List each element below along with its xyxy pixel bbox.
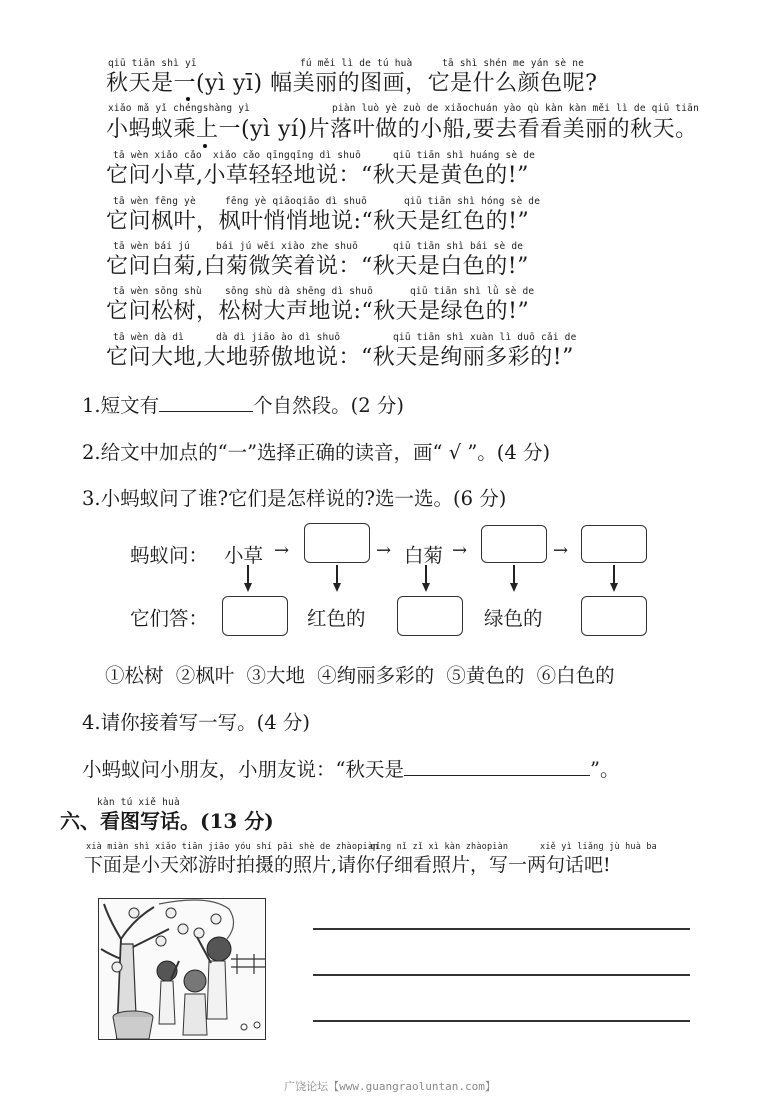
emphasis-dot — [203, 144, 207, 148]
arrow-down-head — [422, 583, 430, 592]
question-1: 1.短文有个自然段。(2 分) — [82, 390, 404, 418]
section-6-title: 六、看图写话。(13 分) — [60, 805, 274, 834]
question-4: 4.请你接着写一写。(4 分) — [82, 707, 310, 735]
question-4-line: 小蚂蚁问小朋友，小朋友说：“秋天是”。 — [82, 754, 619, 782]
question-4-suffix: ”。 — [590, 758, 619, 781]
section-6-instruction: 下面是小天郊游时拍摄的照片,请你仔细看照片，写一两句话吧! — [84, 850, 611, 877]
answer-box-ask-5[interactable] — [581, 525, 647, 563]
arrow-down-icon — [336, 565, 338, 585]
option-1: ①松树 — [105, 664, 164, 687]
apple-tree-illustration — [99, 899, 265, 1039]
apple-picking-picture — [98, 898, 266, 1040]
question-2: 2.给文中加点的“一”选择正确的读音，画“ √ ”。(4 分) — [82, 437, 550, 465]
arrow-down-head — [510, 583, 518, 592]
arrow-down-icon — [513, 565, 515, 585]
answer-box-reply-1[interactable] — [222, 596, 288, 636]
question-4-prefix: 小蚂蚁问小朋友，小朋友说：“秋天是 — [82, 758, 404, 781]
answer-label: 它们答： — [130, 603, 208, 631]
passage-line: 它问大地,大地骄傲地说：“秋天是绚丽多彩的!” — [106, 340, 574, 371]
option-list: ①松树 ②枫叶 ③大地 ④绚丽多彩的 ⑤黄色的 ⑥白色的 — [105, 660, 615, 688]
answer-item-green: 绿色的 — [484, 603, 543, 631]
passage-line: 它问枫叶，枫叶悄悄地说:“秋天是红色的!” — [106, 204, 529, 235]
answer-item-red: 红色的 — [307, 603, 366, 631]
arrow-right-icon: → — [553, 540, 568, 561]
option-2: ②枫叶 — [176, 664, 235, 687]
writing-line-3[interactable] — [313, 1020, 690, 1022]
answer-box-ask-2[interactable] — [304, 523, 370, 563]
passage-line: 它问白菊,白菊微笑着说：“秋天是白色的!” — [106, 249, 529, 280]
option-6: ⑥白色的 — [537, 664, 615, 687]
question-1-prefix: 1.短文有 — [82, 394, 159, 417]
ask-item-grass: 小草 — [224, 540, 263, 568]
ask-item-chrysanthemum: 白菊 — [404, 540, 443, 568]
passage-line: 它问松树，松树大声地说:“秋天是绿色的!” — [106, 294, 529, 325]
emphasis-dot — [186, 97, 190, 101]
arrow-down-head — [333, 583, 341, 592]
passage-line: 它问小草,小草轻轻地说：“秋天是黄色的!” — [106, 158, 529, 189]
question-1-suffix: 个自然段。(2 分) — [253, 394, 404, 417]
arrow-down-head — [610, 583, 618, 592]
ask-label: 蚂蚁问： — [130, 540, 208, 568]
writing-line-1[interactable] — [313, 928, 690, 930]
answer-blank-1[interactable] — [159, 411, 253, 412]
answer-box-reply-5[interactable] — [581, 596, 647, 636]
answer-box-ask-4[interactable] — [481, 525, 547, 563]
answer-box-reply-3[interactable] — [397, 596, 463, 636]
arrow-down-icon — [425, 565, 427, 585]
passage-line: 秋天是一(yì yī) 幅美丽的图画，它是什么颜色呢? — [106, 66, 597, 97]
option-3: ③大地 — [246, 664, 305, 687]
option-5: ⑤黄色的 — [446, 664, 524, 687]
passage-line: 小蚂蚁乘上一(yì yí)片落叶做的小船,要去看看美丽的秋天。 — [106, 112, 698, 143]
answer-blank-4[interactable] — [404, 775, 590, 776]
footer-watermark: 广饶论坛【www.guangraoluntan.com】 — [0, 1078, 780, 1094]
arrow-down-icon — [247, 565, 249, 585]
writing-line-2[interactable] — [313, 974, 690, 976]
arrow-right-icon: → — [452, 540, 467, 561]
arrow-right-icon: → — [274, 540, 289, 561]
arrow-down-icon — [613, 565, 615, 585]
arrow-down-head — [244, 583, 252, 592]
option-4: ④绚丽多彩的 — [317, 664, 434, 687]
arrow-right-icon: → — [376, 540, 391, 561]
question-3: 3.小蚂蚁问了谁?它们是怎样说的?选一选。(6 分) — [82, 483, 506, 511]
